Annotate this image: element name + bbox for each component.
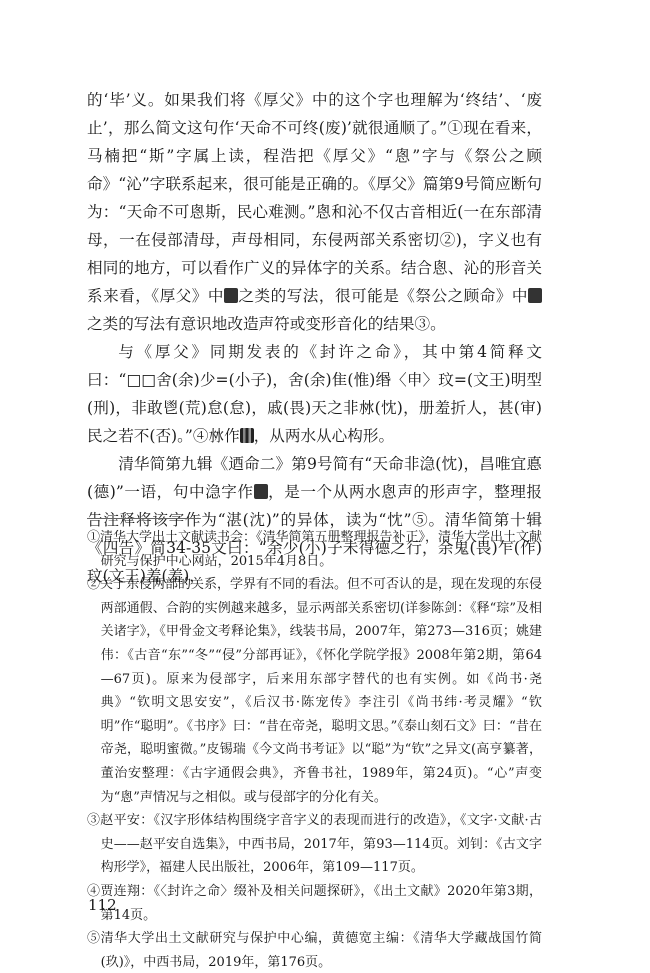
main-text-block: 的‘毕’义。如果我们将《厚父》中的这个字也理解为‘终结’、‘废止’，那么简文这句… [87, 86, 542, 590]
footnote-1: ①清华大学出土文献读书会：《清华简第五册整理报告补正》，清华大学出土文献研究与保… [87, 526, 542, 573]
footnotes: ①清华大学出土文献读书会：《清华简第五册整理报告补正》，清华大学出土文献研究与保… [87, 526, 542, 973]
page-number: 112 [88, 896, 117, 914]
footnote-4: ④贾连翔：《〈封许之命〉缀补及相关问题探研》，《出土文献》2020年第3期，第1… [87, 880, 542, 927]
ancient-character-image [224, 288, 238, 303]
footnote-divider [87, 518, 201, 519]
ancient-character-image [254, 484, 268, 499]
paragraph-1: 的‘毕’义。如果我们将《厚父》中的这个字也理解为‘终结’、‘废止’，那么简文这句… [87, 86, 542, 338]
ancient-character-image [528, 288, 542, 303]
text-segment: 之类的写法有意识地改造声符或变形音化的结果③。 [87, 315, 446, 333]
footnote-2: ②关于东侵两部的关系，学界有不同的看法。但不可否认的是，现在发现的东侵两部通假、… [87, 573, 542, 809]
text-segment: ，从两水从心构形。 [254, 427, 394, 445]
ancient-character-image [240, 428, 254, 443]
footnote-5: ⑤清华大学出土文献研究与保护中心编，黄德宽主编：《清华大学藏战国竹简(玖)》，中… [87, 927, 542, 973]
paragraph-2: 与《厚父》同期发表的《封许之命》，其中第4简释文曰：“□□舍(余)少=(小子)，… [87, 338, 542, 450]
text-segment: 之类的写法，很可能是《祭公之顾命》中 [238, 287, 528, 305]
text-segment: 的‘毕’义。如果我们将《厚父》中的这个字也理解为‘终结’、‘废止’，那么简文这句… [87, 91, 542, 305]
footnote-3: ③赵平安：《汉字形体结构围绕字音字义的表现而进行的改造》，《文字·文献·古史——… [87, 809, 542, 880]
